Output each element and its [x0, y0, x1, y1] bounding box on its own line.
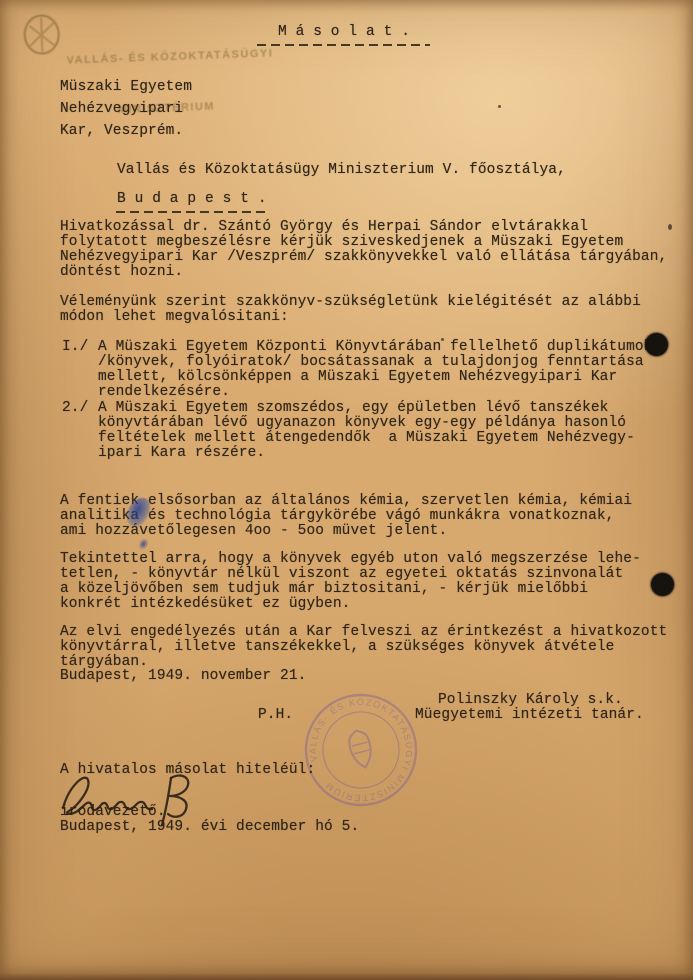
round-stamp-ring-text: VALLÁS- ÉS KÖZOKTATÁSÜGYI MINISZTÉRIUM ·	[297, 686, 426, 815]
recipient-underline	[116, 211, 266, 213]
text-line: a közeljövőben sem tudjuk már biztositan…	[60, 582, 641, 597]
svg-text:VALLÁS- ÉS KÖZOKTATÁSÜGYI MINI: VALLÁS- ÉS KÖZOKTATÁSÜGYI MINISZTÉRIUM ·	[297, 686, 426, 815]
text-line: könyvtárral, illetve tanszékekkel, a szü…	[60, 640, 667, 655]
paper-speck	[441, 338, 444, 341]
signer-role: irodavezető.	[60, 805, 166, 820]
text-line: rendelkezésére.	[98, 385, 653, 400]
document-title: M á s o l a t .	[258, 25, 430, 40]
text-line: Kar, Veszprém.	[60, 120, 192, 142]
text-line: Müszaki Egyetem	[60, 76, 192, 98]
text-line: A Müszaki Egyetem szomszédos, egy épület…	[98, 401, 635, 416]
text-line: feltételek mellett átengedendők a Müszak…	[98, 431, 635, 446]
paper-speck	[668, 224, 672, 230]
paragraph-2: Véleményünk szerint szakkönyv-szükséglet…	[60, 295, 641, 325]
paragraph-5: Az elvi engedélyezés után a Kar felveszi…	[60, 625, 667, 670]
item-2-marker: 2./	[62, 401, 88, 416]
text-line: /könyvek, folyóiratok/ bocsátassanak a t…	[98, 355, 653, 370]
item-2-text: A Müszaki Egyetem szomszédos, egy épület…	[98, 401, 635, 461]
text-line: módon lehet megvalósitani:	[60, 310, 641, 325]
text-line: konkrét intézkedésüket ez ügyben.	[60, 597, 641, 612]
round-stamp-emblem-icon	[346, 728, 375, 770]
date-line: Budapest, 1949. november 21.	[60, 669, 306, 684]
item-1-marker: I./	[62, 340, 88, 355]
text-line: könyvtárában lévő ugyanazon könyvek egy-…	[98, 416, 635, 431]
text-line: Az elvi engedélyezés után a Kar felveszi…	[60, 625, 667, 640]
text-line: ipari Kara részére.	[98, 446, 635, 461]
paper-speck	[498, 105, 501, 108]
letterhead-emblem-icon	[21, 13, 63, 58]
letterhead-line1: VALLÁS- ÉS KÖZOKTATÁSÜGYI	[66, 46, 262, 70]
paragraph-1: Hivatkozással dr. Szántó György és Herpa…	[60, 220, 667, 280]
text-line: folytatott megbeszélésre kérjük sziveske…	[60, 235, 667, 250]
signer-title: Müegyetemi intézeti tanár.	[415, 708, 644, 723]
recipient-line2: B u d a p e s t .	[117, 192, 267, 207]
text-line: mellett, kölcsönképpen a Müszaki Egyetem…	[98, 370, 653, 385]
title-underline	[257, 44, 430, 46]
sender-address: Müszaki EgyetemNehézvegyipariKar, Veszpr…	[60, 76, 192, 142]
text-line: ami hozzávetőlegesen 4oo - 5oo müvet jel…	[60, 524, 632, 539]
signer-name: Polinszky Károly s.k.	[438, 693, 623, 708]
certification-date: Budapest, 1949. évi december hó 5.	[60, 820, 359, 835]
text-line: Véleményünk szerint szakkönyv-szükséglet…	[60, 295, 641, 310]
text-line: Nehézvegyipari	[60, 98, 192, 120]
paragraph-4: Tekintettel arra, hogy a könyvek egyéb u…	[60, 552, 641, 612]
document-page: VALLÁS- ÉS KÖZOKTATÁSÜGYI MINISZTÉRIUM M…	[0, 0, 693, 980]
item-1-text: A Müszaki Egyetem Központi Könyvtárában …	[98, 340, 653, 400]
ink-dot-1	[645, 333, 668, 356]
text-line: Hivatkozással dr. Szántó György és Herpa…	[60, 220, 667, 235]
text-line: döntést hozni.	[60, 265, 667, 280]
text-line: Nehézvegyipari Kar /Veszprém/ szakkönyve…	[60, 250, 667, 265]
text-line: Tekintettel arra, hogy a könyvek egyéb u…	[60, 552, 641, 567]
recipient-line1: Vallás és Közoktatásügy Miniszterium V. …	[117, 163, 566, 178]
text-line: A Müszaki Egyetem Központi Könyvtárában …	[98, 340, 653, 355]
ph-label: P.H.	[258, 708, 293, 723]
official-round-stamp: VALLÁS- ÉS KÖZOKTATÁSÜGYI MINISZTÉRIUM ·	[288, 677, 433, 822]
text-line: tetlen, - könyvtár nélkül viszont az egy…	[60, 567, 641, 582]
letterhead-stamp: VALLÁS- ÉS KÖZOKTATÁSÜGYI MINISZTÉRIUM	[17, 2, 269, 81]
ink-dot-2	[651, 573, 674, 596]
